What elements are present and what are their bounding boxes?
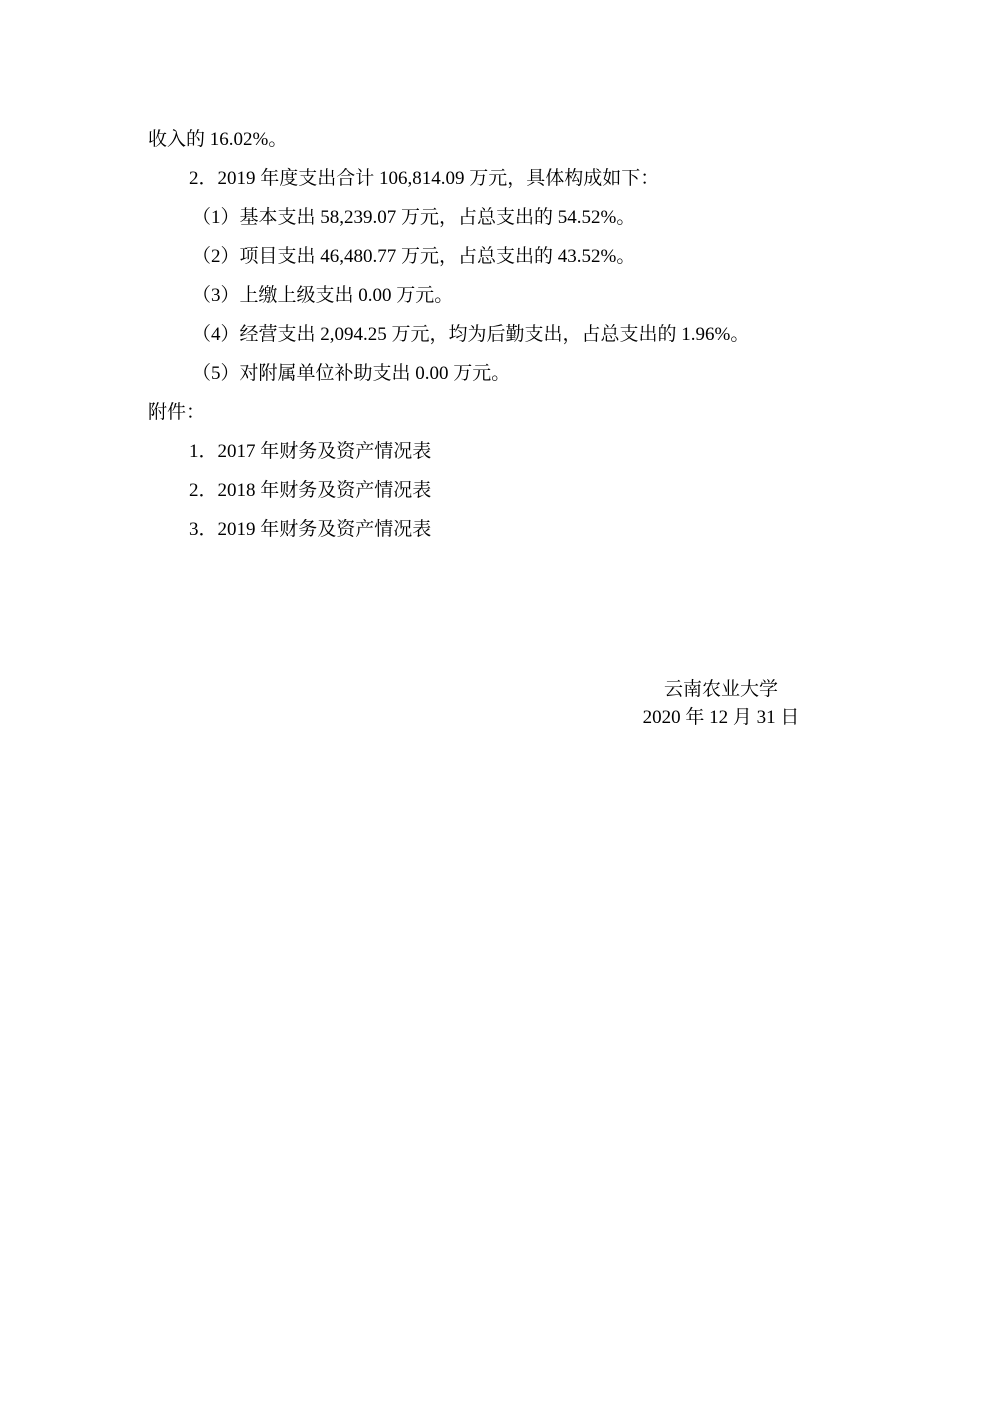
expenditure-item-subsidiary: （5）对附属单位补助支出 0.00 万元。 bbox=[0, 354, 992, 393]
attachment-item-2017: 1．2017 年财务及资产情况表 bbox=[0, 432, 992, 471]
expenditure-item-project: （2）项目支出 46,480.77 万元，占总支出的 43.52%。 bbox=[0, 237, 992, 276]
expenditure-item-operating: （4）经营支出 2,094.25 万元，均为后勤支出，占总支出的 1.96%。 bbox=[0, 315, 992, 354]
paragraph-expenditure-summary: 2．2019 年度支出合计 106,814.09 万元，具体构成如下： bbox=[0, 159, 992, 198]
document-page: 收入的 16.02%。 2．2019 年度支出合计 106,814.09 万元，… bbox=[0, 0, 992, 1403]
document-body: 收入的 16.02%。 2．2019 年度支出合计 106,814.09 万元，… bbox=[0, 120, 992, 549]
signature-block: 云南农业大学 2020 年 12 月 31 日 bbox=[560, 676, 882, 732]
attachment-item-2018: 2．2018 年财务及资产情况表 bbox=[0, 471, 992, 510]
signature-organization: 云南农业大学 bbox=[560, 676, 882, 704]
signature-date: 2020 年 12 月 31 日 bbox=[560, 704, 882, 732]
expenditure-item-basic: （1）基本支出 58,239.07 万元，占总支出的 54.52%。 bbox=[0, 198, 992, 237]
attachments-heading: 附件： bbox=[0, 393, 992, 432]
paragraph-income-share-continuation: 收入的 16.02%。 bbox=[0, 120, 992, 159]
expenditure-item-upper-level: （3）上缴上级支出 0.00 万元。 bbox=[0, 276, 992, 315]
attachment-item-2019: 3．2019 年财务及资产情况表 bbox=[0, 510, 992, 549]
